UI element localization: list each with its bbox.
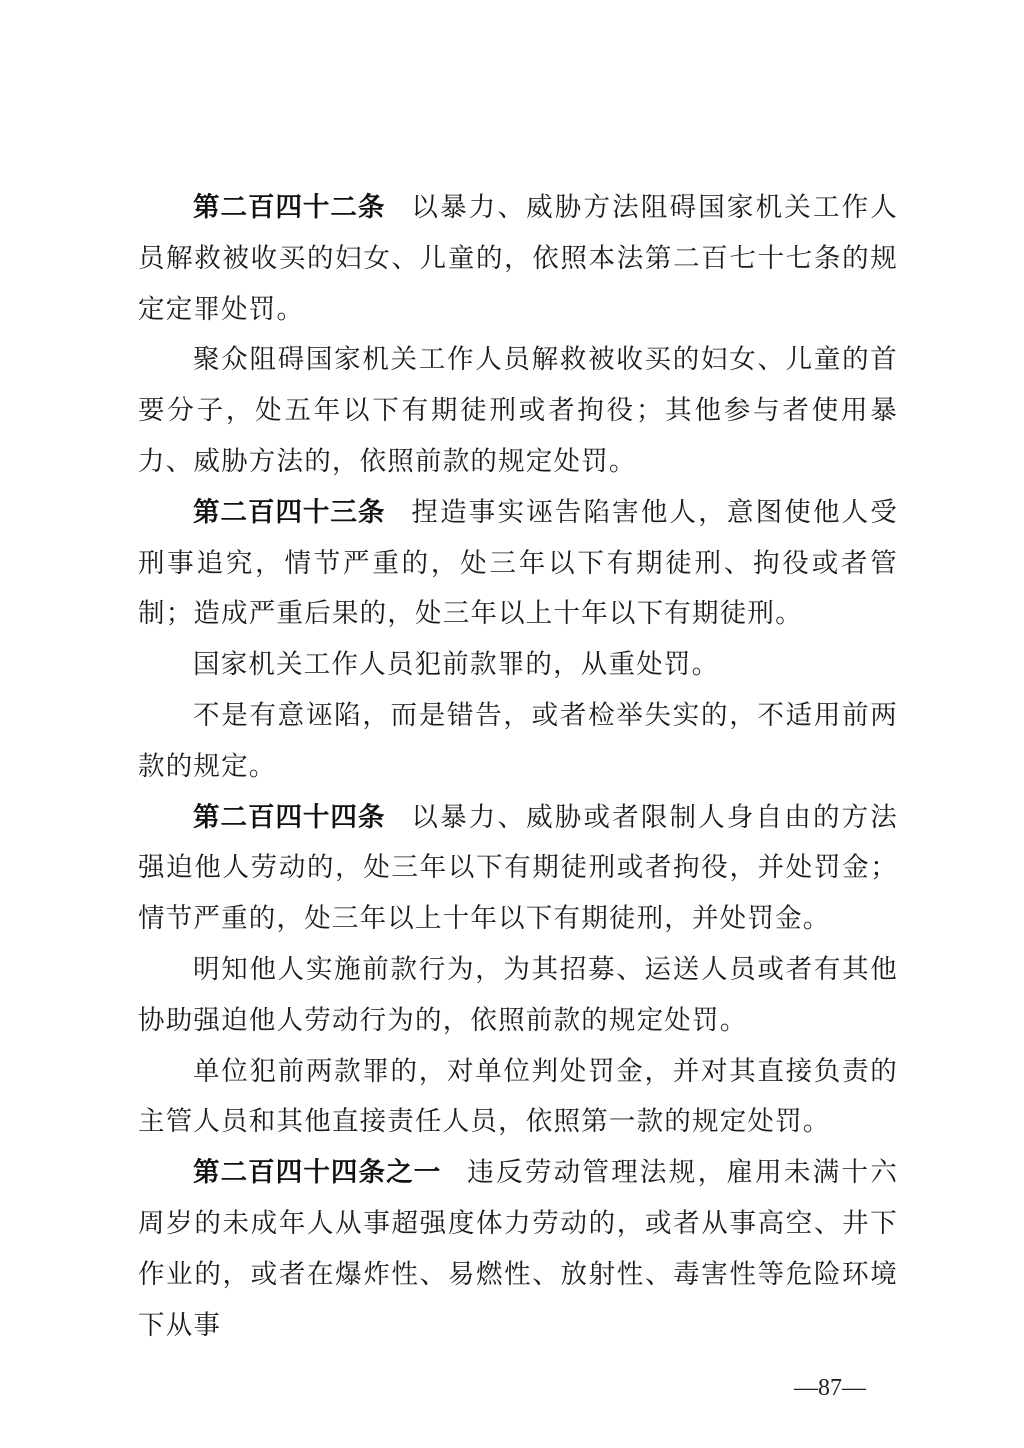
document-page: 第二百四十二条以暴力、威胁方法阻碍国家机关工作人员解救被收买的妇女、儿童的，依照…: [0, 0, 1024, 1448]
page-body: 第二百四十二条以暴力、威胁方法阻碍国家机关工作人员解救被收买的妇女、儿童的，依照…: [138, 183, 898, 1351]
article-243-paragraph-3: 不是有意诬陷，而是错告，或者检举失实的，不适用前两款的规定。: [138, 691, 898, 793]
article-244-paragraph-1: 第二百四十四条以暴力、威胁或者限制人身自由的方法强迫他人劳动的，处三年以下有期徒…: [138, 793, 898, 945]
article-243-paragraph-1: 第二百四十三条捏造事实诬告陷害他人，意图使他人受刑事追究，情节严重的，处三年以下…: [138, 488, 898, 640]
article-number: 第二百四十二条: [193, 192, 385, 223]
article-244-paragraph-2: 明知他人实施前款行为，为其招募、运送人员或者有其他协助强迫他人劳动行为的，依照前…: [138, 945, 898, 1047]
paragraph-text: 国家机关工作人员犯前款罪的，从重处罚。: [193, 649, 719, 680]
article-number: 第二百四十四条之一: [193, 1157, 441, 1188]
article-242-paragraph-1: 第二百四十二条以暴力、威胁方法阻碍国家机关工作人员解救被收买的妇女、儿童的，依照…: [138, 183, 898, 335]
paragraph-text: 明知他人实施前款行为，为其招募、运送人员或者有其他协助强迫他人劳动行为的，依照前…: [138, 954, 898, 1036]
article-number: 第二百四十三条: [193, 497, 385, 528]
article-243-paragraph-2: 国家机关工作人员犯前款罪的，从重处罚。: [138, 640, 898, 691]
article-244-paragraph-3: 单位犯前两款罪的，对单位判处罚金，并对其直接负责的主管人员和其他直接责任人员，依…: [138, 1047, 898, 1149]
paragraph-text: 单位犯前两款罪的，对单位判处罚金，并对其直接负责的主管人员和其他直接责任人员，依…: [138, 1056, 898, 1138]
article-244-1-paragraph-1: 第二百四十四条之一违反劳动管理法规，雇用未满十六周岁的未成年人从事超强度体力劳动…: [138, 1148, 898, 1351]
page-number: —87—: [780, 1375, 880, 1402]
article-number: 第二百四十四条: [193, 802, 385, 833]
paragraph-text: 聚众阻碍国家机关工作人员解救被收买的妇女、儿童的首要分子，处五年以下有期徒刑或者…: [138, 344, 898, 477]
article-242-paragraph-2: 聚众阻碍国家机关工作人员解救被收买的妇女、儿童的首要分子，处五年以下有期徒刑或者…: [138, 335, 898, 487]
paragraph-text: 不是有意诬陷，而是错告，或者检举失实的，不适用前两款的规定。: [138, 700, 898, 782]
